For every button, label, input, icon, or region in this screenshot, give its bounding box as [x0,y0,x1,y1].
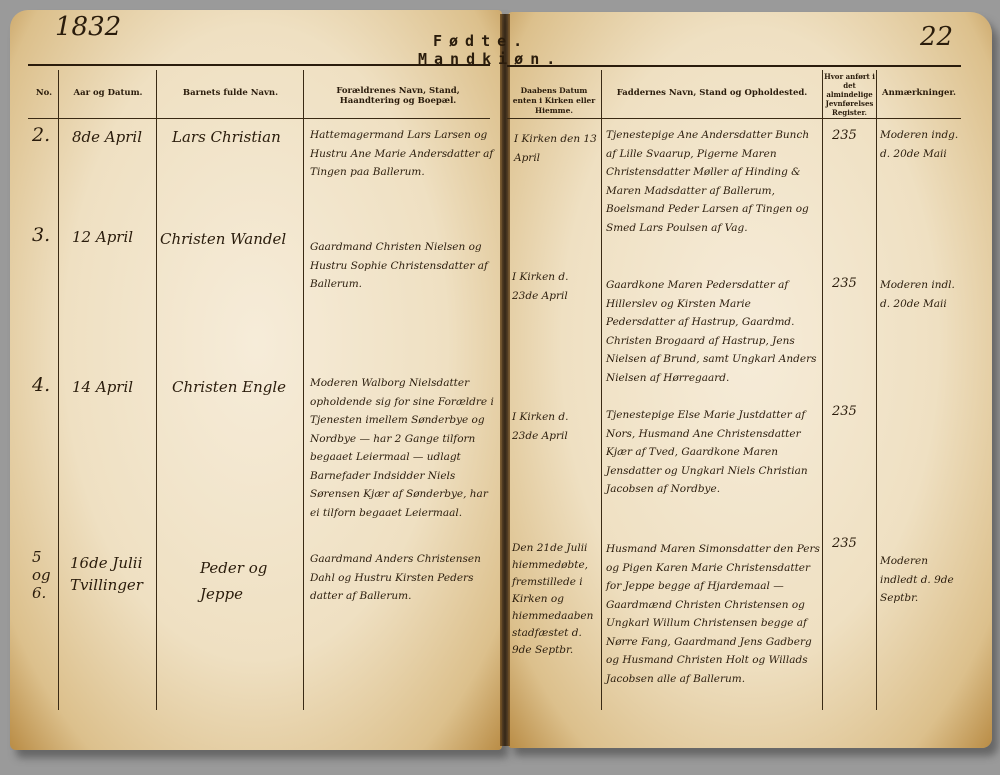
column-header-sponsors: Faddernes Navn, Stand og Opholdested. [604,88,820,98]
column-divider [156,70,157,710]
entry-child-name: Christen Wandel [160,230,286,248]
entry-remarks: Moderen indl. d. 20de Maii [880,276,960,313]
entry-birth-date: 16de Julii Tvillinger [70,552,154,596]
book-gutter [500,14,510,746]
entry-sponsors: Tjenestepige Else Marie Justdatter af No… [606,406,820,499]
entry-parents: Gaardmand Anders Christensen Dahl og Hus… [310,550,495,606]
entry-child-name: Lars Christian [172,128,281,146]
column-divider [876,70,877,710]
entry-sponsors: Husmand Maren Simonsdatter den Pers og P… [606,540,820,688]
entry-sponsors: Tjenestepige Ane Andersdatter Bunch af L… [606,126,820,237]
entry-baptism: Den 21de Julii hiemmedøbte, fremstillede… [512,540,600,659]
entry-remarks: Moderen indg. d. 20de Maii [880,126,960,163]
entry-baptism: I Kirken d. 23de April [512,408,597,445]
entry-number: 5 og 6. [32,548,56,602]
column-divider [601,70,602,710]
column-divider [822,70,823,710]
entry-child-name: Christen Engle [172,378,286,396]
column-divider [58,70,59,710]
entry-remarks: Moderen indledt d. 9de Septbr. [880,552,960,608]
entry-child-name: Peder og Jeppe [200,555,290,607]
column-header-rule-left [28,118,490,119]
year-heading: 1832 [55,12,121,42]
entry-number: 4. [32,374,50,396]
entry-register: 235 [832,536,857,551]
column-header-no: No. [30,88,58,98]
header-rule-right [507,65,961,67]
entry-parents: Moderen Walborg Nielsdatter opholdende s… [310,374,495,522]
entry-parents: Hattemagermand Lars Larsen og Hustru Ane… [310,126,495,182]
entry-birth-date: 14 April [72,378,133,396]
entry-birth-date: 8de April [72,128,142,146]
column-header-remarks: Anmærkninger. [878,88,960,98]
header-rule-left [28,64,490,66]
entry-baptism: I Kirken d. 23de April [512,268,597,305]
entry-birth-date: 12 April [72,228,133,246]
ledger-book: 1832 22 Fødte. Mandkiøn. No. Aar og Datu… [0,0,1000,775]
entry-baptism: I Kirken den 13 April [514,130,599,167]
column-header-register: Hvor anført i det almindelige Jevnførels… [823,72,876,117]
entry-sponsors: Gaardkone Maren Pedersdatter af Hillersl… [606,276,820,387]
column-header-child-name: Barnets fulde Navn. [158,88,303,98]
column-header-rule-right [507,118,961,119]
page-title-line1: Fødte. [433,32,529,50]
column-header-date: Aar og Datum. [60,88,156,98]
entry-parents: Gaardmand Christen Nielsen og Hustru Sop… [310,238,495,294]
entry-number: 2. [32,124,50,146]
column-header-parents: Forældrenes Navn, Stand, Haandtering og … [308,86,488,106]
entry-register: 235 [832,276,857,291]
column-header-baptism-date: Daabens Datum enten i Kirken eller Hiemm… [508,86,600,116]
page-number: 22 [920,22,953,52]
entry-number: 3. [32,224,50,246]
column-divider [303,70,304,710]
entry-register: 235 [832,128,857,143]
entry-register: 235 [832,404,857,419]
